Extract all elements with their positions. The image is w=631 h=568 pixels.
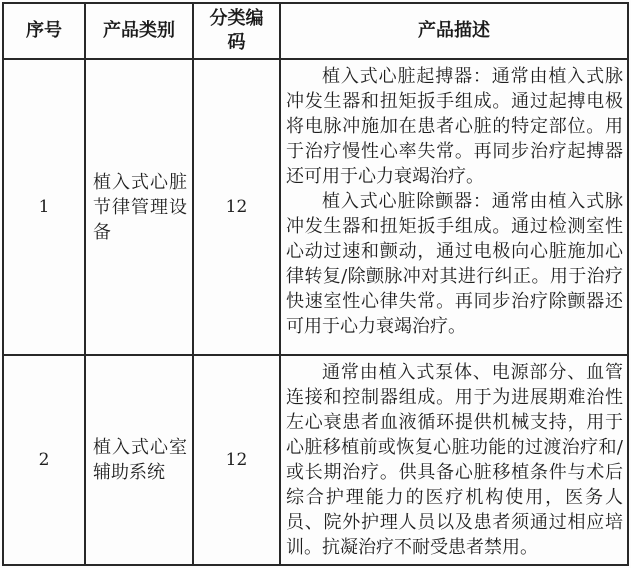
col-header-classification-code: 分类编码 [193,3,280,59]
table-header-row: 序号 产品类别 分类编码 产品描述 [3,3,628,59]
cell-classification-code: 12 [193,59,280,355]
cell-product-description: 通常由植入式泵体、电源部分、血管连接和控制器组成。用于为进展期难治性左心衰患者血… [280,355,628,565]
description-paragraph: 通常由植入式泵体、电源部分、血管连接和控制器组成。用于为进展期难治性左心衰患者血… [286,360,623,560]
col-header-serial-number: 序号 [3,3,85,59]
table-row: 1 植入式心脏节律管理设备 12 植入式心脏起搏器：通常由植入式脉冲发生器和扭矩… [3,59,628,355]
description-paragraph: 植入式心脏除颤器：通常由植入式脉冲发生器和扭矩扳手组成。通过检测室性心动过速和颤… [286,189,623,339]
col-header-product-category: 产品类别 [85,3,193,59]
product-classification-table: 序号 产品类别 分类编码 产品描述 1 植入式心脏节律管理设备 12 植入式心脏… [2,2,629,566]
document-page: 序号 产品类别 分类编码 产品描述 1 植入式心脏节律管理设备 12 植入式心脏… [0,0,631,568]
cell-product-description: 植入式心脏起搏器：通常由植入式脉冲发生器和扭矩扳手组成。通过起搏电极将电脉冲施加… [280,59,628,355]
cell-serial-number: 2 [3,355,85,565]
cell-product-category: 植入式心室辅助系统 [85,355,193,565]
cell-product-category: 植入式心脏节律管理设备 [85,59,193,355]
table-row: 2 植入式心室辅助系统 12 通常由植入式泵体、电源部分、血管连接和控制器组成。… [3,355,628,565]
description-paragraph: 植入式心脏起搏器：通常由植入式脉冲发生器和扭矩扳手组成。通过起搏电极将电脉冲施加… [286,64,623,189]
cell-serial-number: 1 [3,59,85,355]
col-header-product-description: 产品描述 [280,3,628,59]
cell-classification-code: 12 [193,355,280,565]
